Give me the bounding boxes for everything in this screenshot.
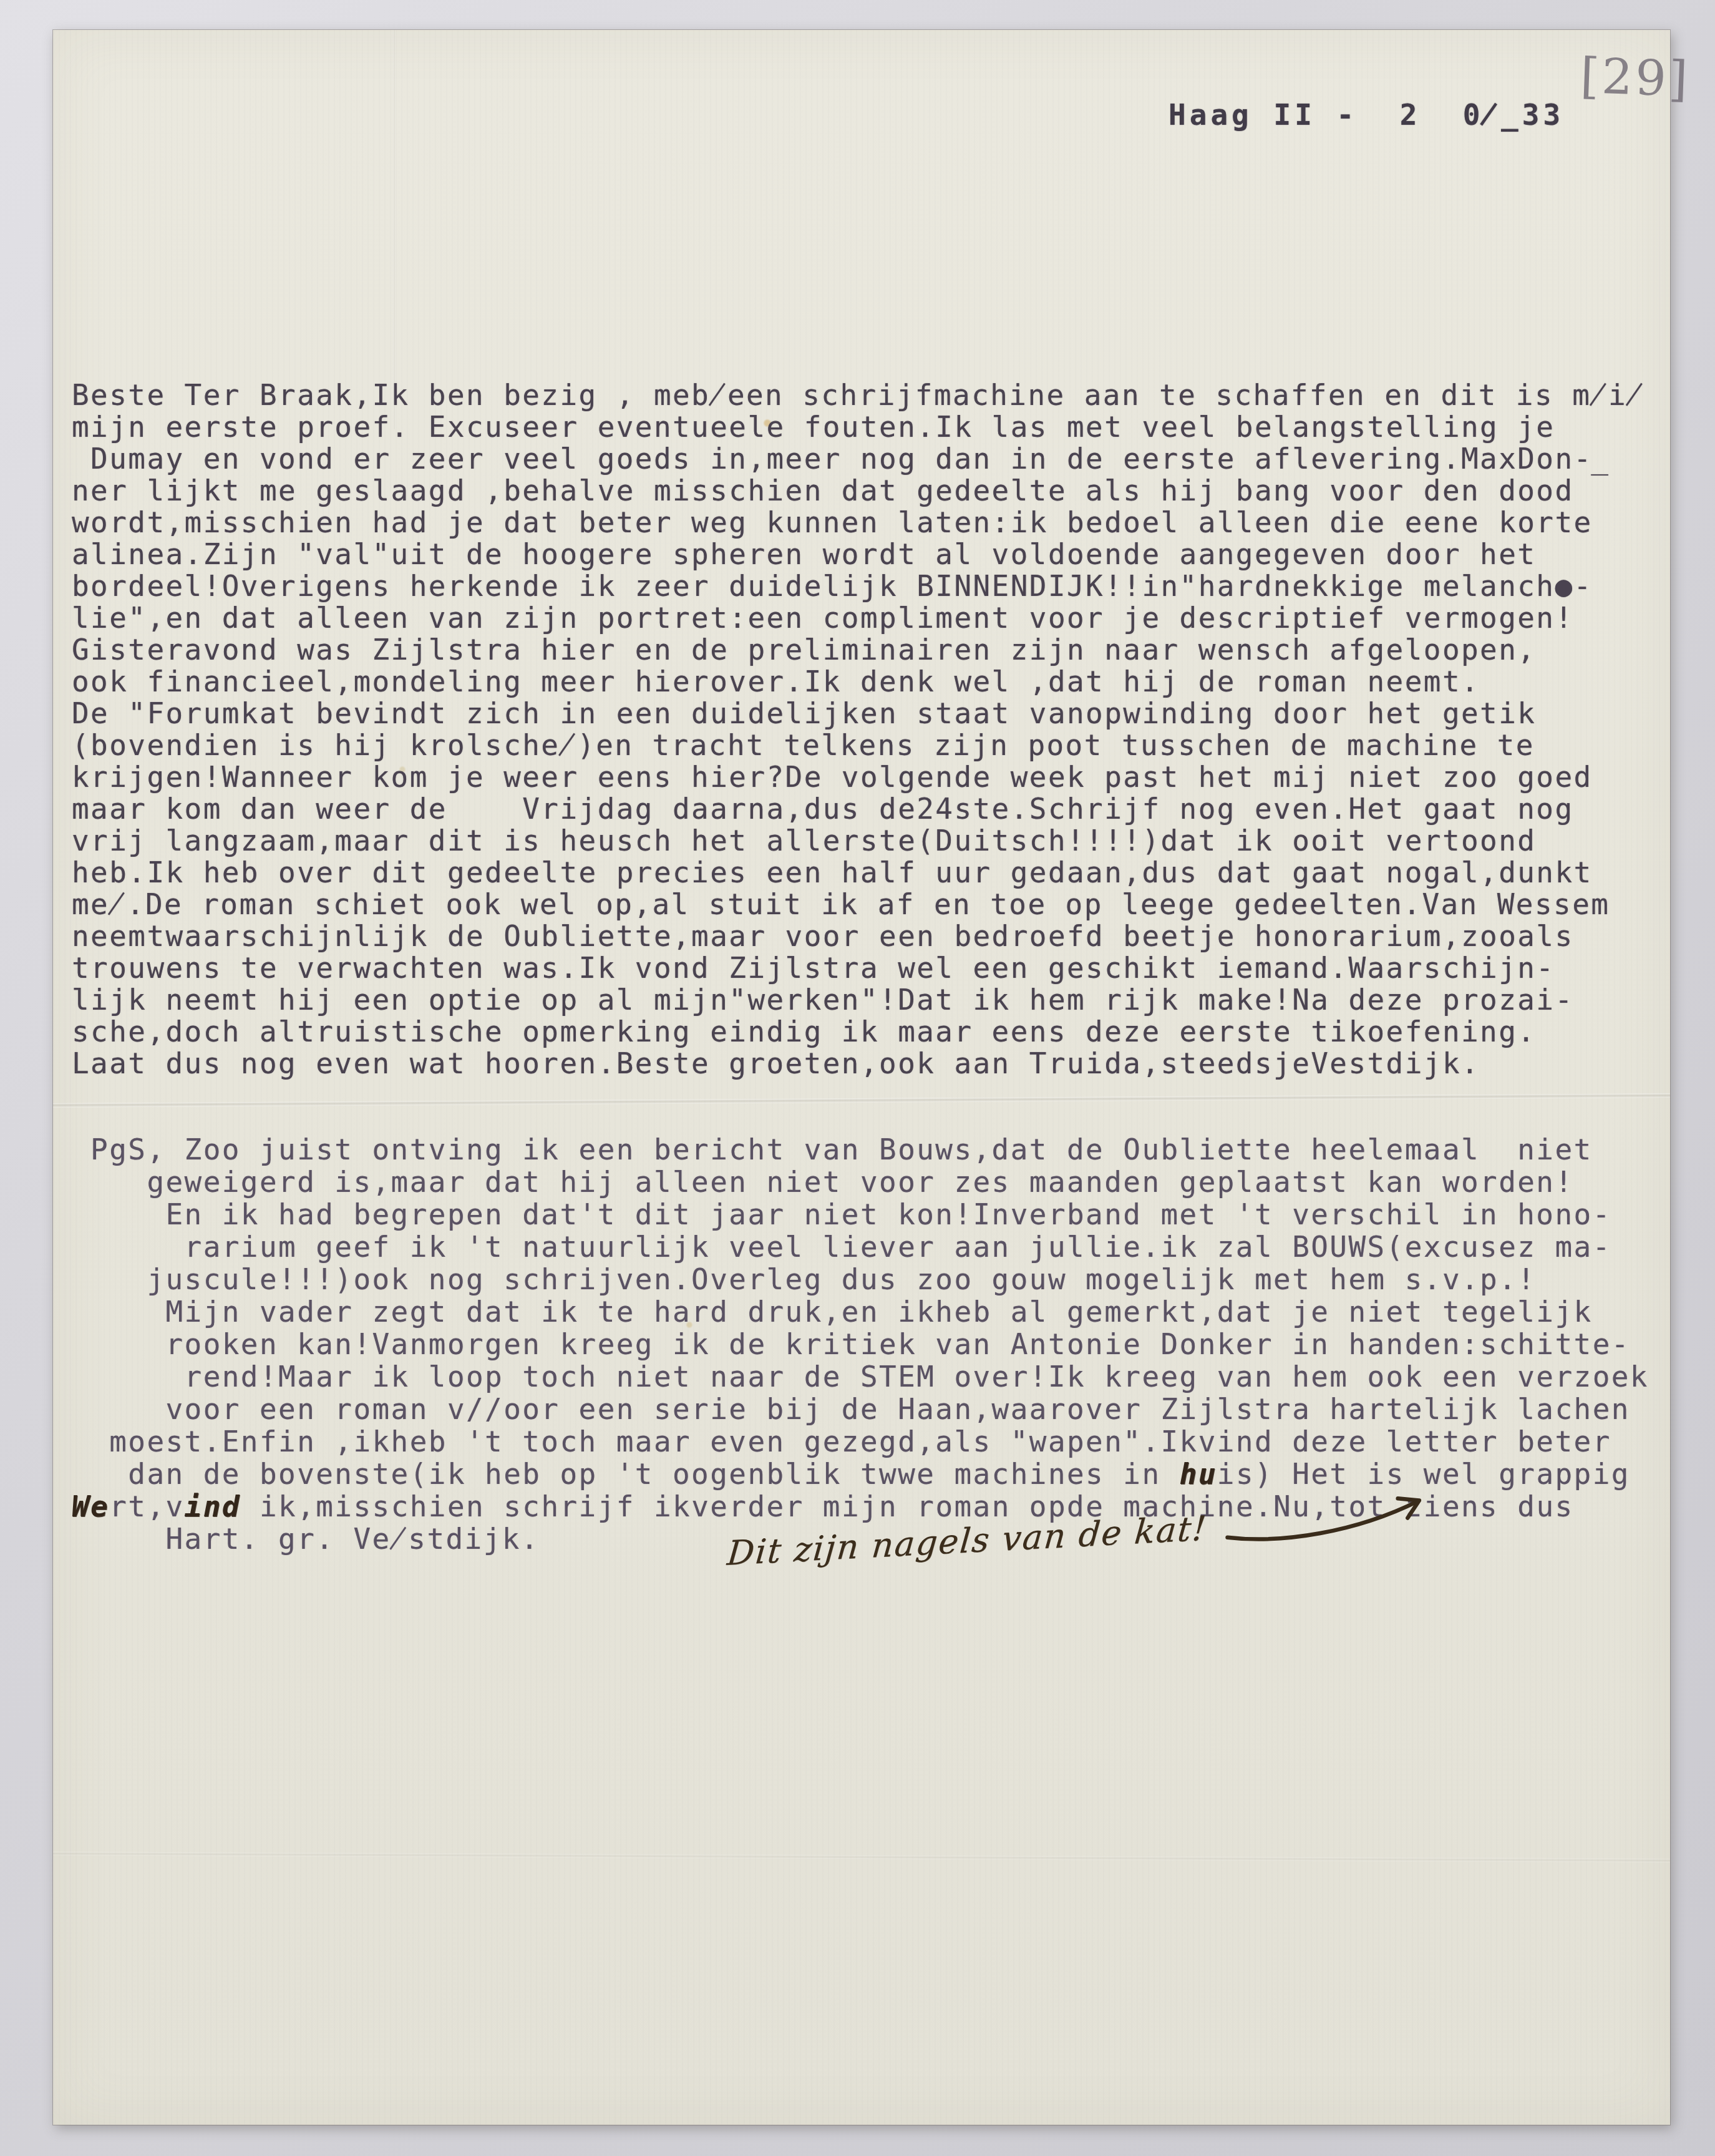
arrow-icon: [1220, 1489, 1435, 1554]
typed-line: (bovendien is hij krolsche̸)en tracht te…: [72, 729, 1645, 761]
typed-line: Gisteravond was Zijlstra hier en de prel…: [72, 634, 1645, 666]
handwritten-correction: hu: [1180, 1457, 1217, 1491]
typed-line: voor een roman v//oor een serie bij de H…: [72, 1393, 1649, 1425]
typed-line: De "Forumkat bevindt zich in een duideli…: [72, 698, 1645, 729]
typed-line: Laat dus nog even wat hooren.Beste groet…: [72, 1048, 1645, 1080]
typed-line: rooken kan!Vanmorgen kreeg ik de kritiek…: [72, 1328, 1649, 1360]
typed-line: geweigerd is,maar dat hij alleen niet vo…: [72, 1166, 1649, 1198]
typed-line: lijk neemt hij een optie op al mijn"werk…: [72, 984, 1645, 1016]
handwritten-correction: ind: [185, 1490, 241, 1523]
typed-line: Beste Ter Braak,Ik ben bezig , meb̸een s…: [72, 379, 1645, 411]
typed-line: me̸.De roman schiet ook wel op,al stuit …: [72, 889, 1645, 920]
page-number-annotation: [29]: [1579, 48, 1691, 108]
typed-line: rarium geef ik 't natuurlijk veel liever…: [72, 1231, 1649, 1263]
typed-dateline: Haag II - 2 0̸_33: [1168, 99, 1564, 131]
fold-crease-horizontal: [53, 1093, 1670, 1108]
typed-line: trouwens te verwachten was.Ik vond Zijls…: [72, 952, 1645, 984]
typed-line: lie",en dat alleen van zijn portret:een …: [72, 602, 1645, 634]
typed-text: rt,v: [109, 1490, 184, 1523]
typed-line: maar kom dan weer de Vrijdag daarna,dus …: [72, 793, 1645, 825]
typed-text: dan de bovenste(ik heb op 't oogenblik t…: [72, 1457, 1180, 1491]
typed-line: rend!Maar ik loop toch niet naar de STEM…: [72, 1360, 1649, 1393]
typed-line: PgS, Zoo juist ontving ik een bericht va…: [72, 1133, 1649, 1166]
fold-crease-horizontal-lower: [53, 1851, 1670, 1862]
typed-line: alinea.Zijn "val"uit de hoogere spheren …: [72, 539, 1645, 570]
scan-background: { "colors":{ "background":"#d6d5da", "pa…: [0, 0, 1715, 2156]
typed-line: dan de bovenste(ik heb op 't oogenblik t…: [72, 1458, 1649, 1490]
typed-line: ook financieel,mondeling meer hierover.I…: [72, 666, 1645, 698]
typed-line: En ik had begrepen dat't dit jaar niet k…: [72, 1198, 1649, 1231]
fold-crease-vertical: [393, 30, 396, 429]
typed-line: wordt,misschien had je dat beter weg kun…: [72, 507, 1645, 539]
typed-line: juscule!!!)ook nog schrijven.Overleg dus…: [72, 1263, 1649, 1295]
typed-line: neemtwaarschijnlijk de Oubliette,maar vo…: [72, 920, 1645, 952]
letter-body: Beste Ter Braak,Ik ben bezig , meb̸een s…: [72, 379, 1645, 1080]
handwritten-correction: We: [72, 1490, 109, 1523]
typed-line: Mijn vader zegt dat ik te hard druk,en i…: [72, 1295, 1649, 1328]
typed-line: mijn eerste proef. Excuseer eventueele f…: [72, 411, 1645, 443]
paper-sheet: [29] Haag II - 2 0̸_33 Beste Ter Braak,I…: [53, 30, 1670, 2125]
typed-line: heb.Ik heb over dit gedeelte precies een…: [72, 857, 1645, 889]
typed-line: sche,doch altruistische opmerking eindig…: [72, 1016, 1645, 1048]
typed-line: ner lijkt me geslaagd ,behalve misschien…: [72, 475, 1645, 507]
typed-line: vrij langzaam,maar dit is heusch het all…: [72, 825, 1645, 857]
typed-line: moest.Enfin ,ikheb 't toch maar even gez…: [72, 1425, 1649, 1458]
typed-line: Dumay en vond er zeer veel goeds in,meer…: [72, 443, 1645, 475]
typed-line: krijgen!Wanneer kom je weer eens hier?De…: [72, 761, 1645, 793]
typed-text: is) Het is wel grappig: [1217, 1457, 1630, 1491]
typed-line: bordeel!Overigens herkende ik zeer duide…: [72, 570, 1645, 602]
